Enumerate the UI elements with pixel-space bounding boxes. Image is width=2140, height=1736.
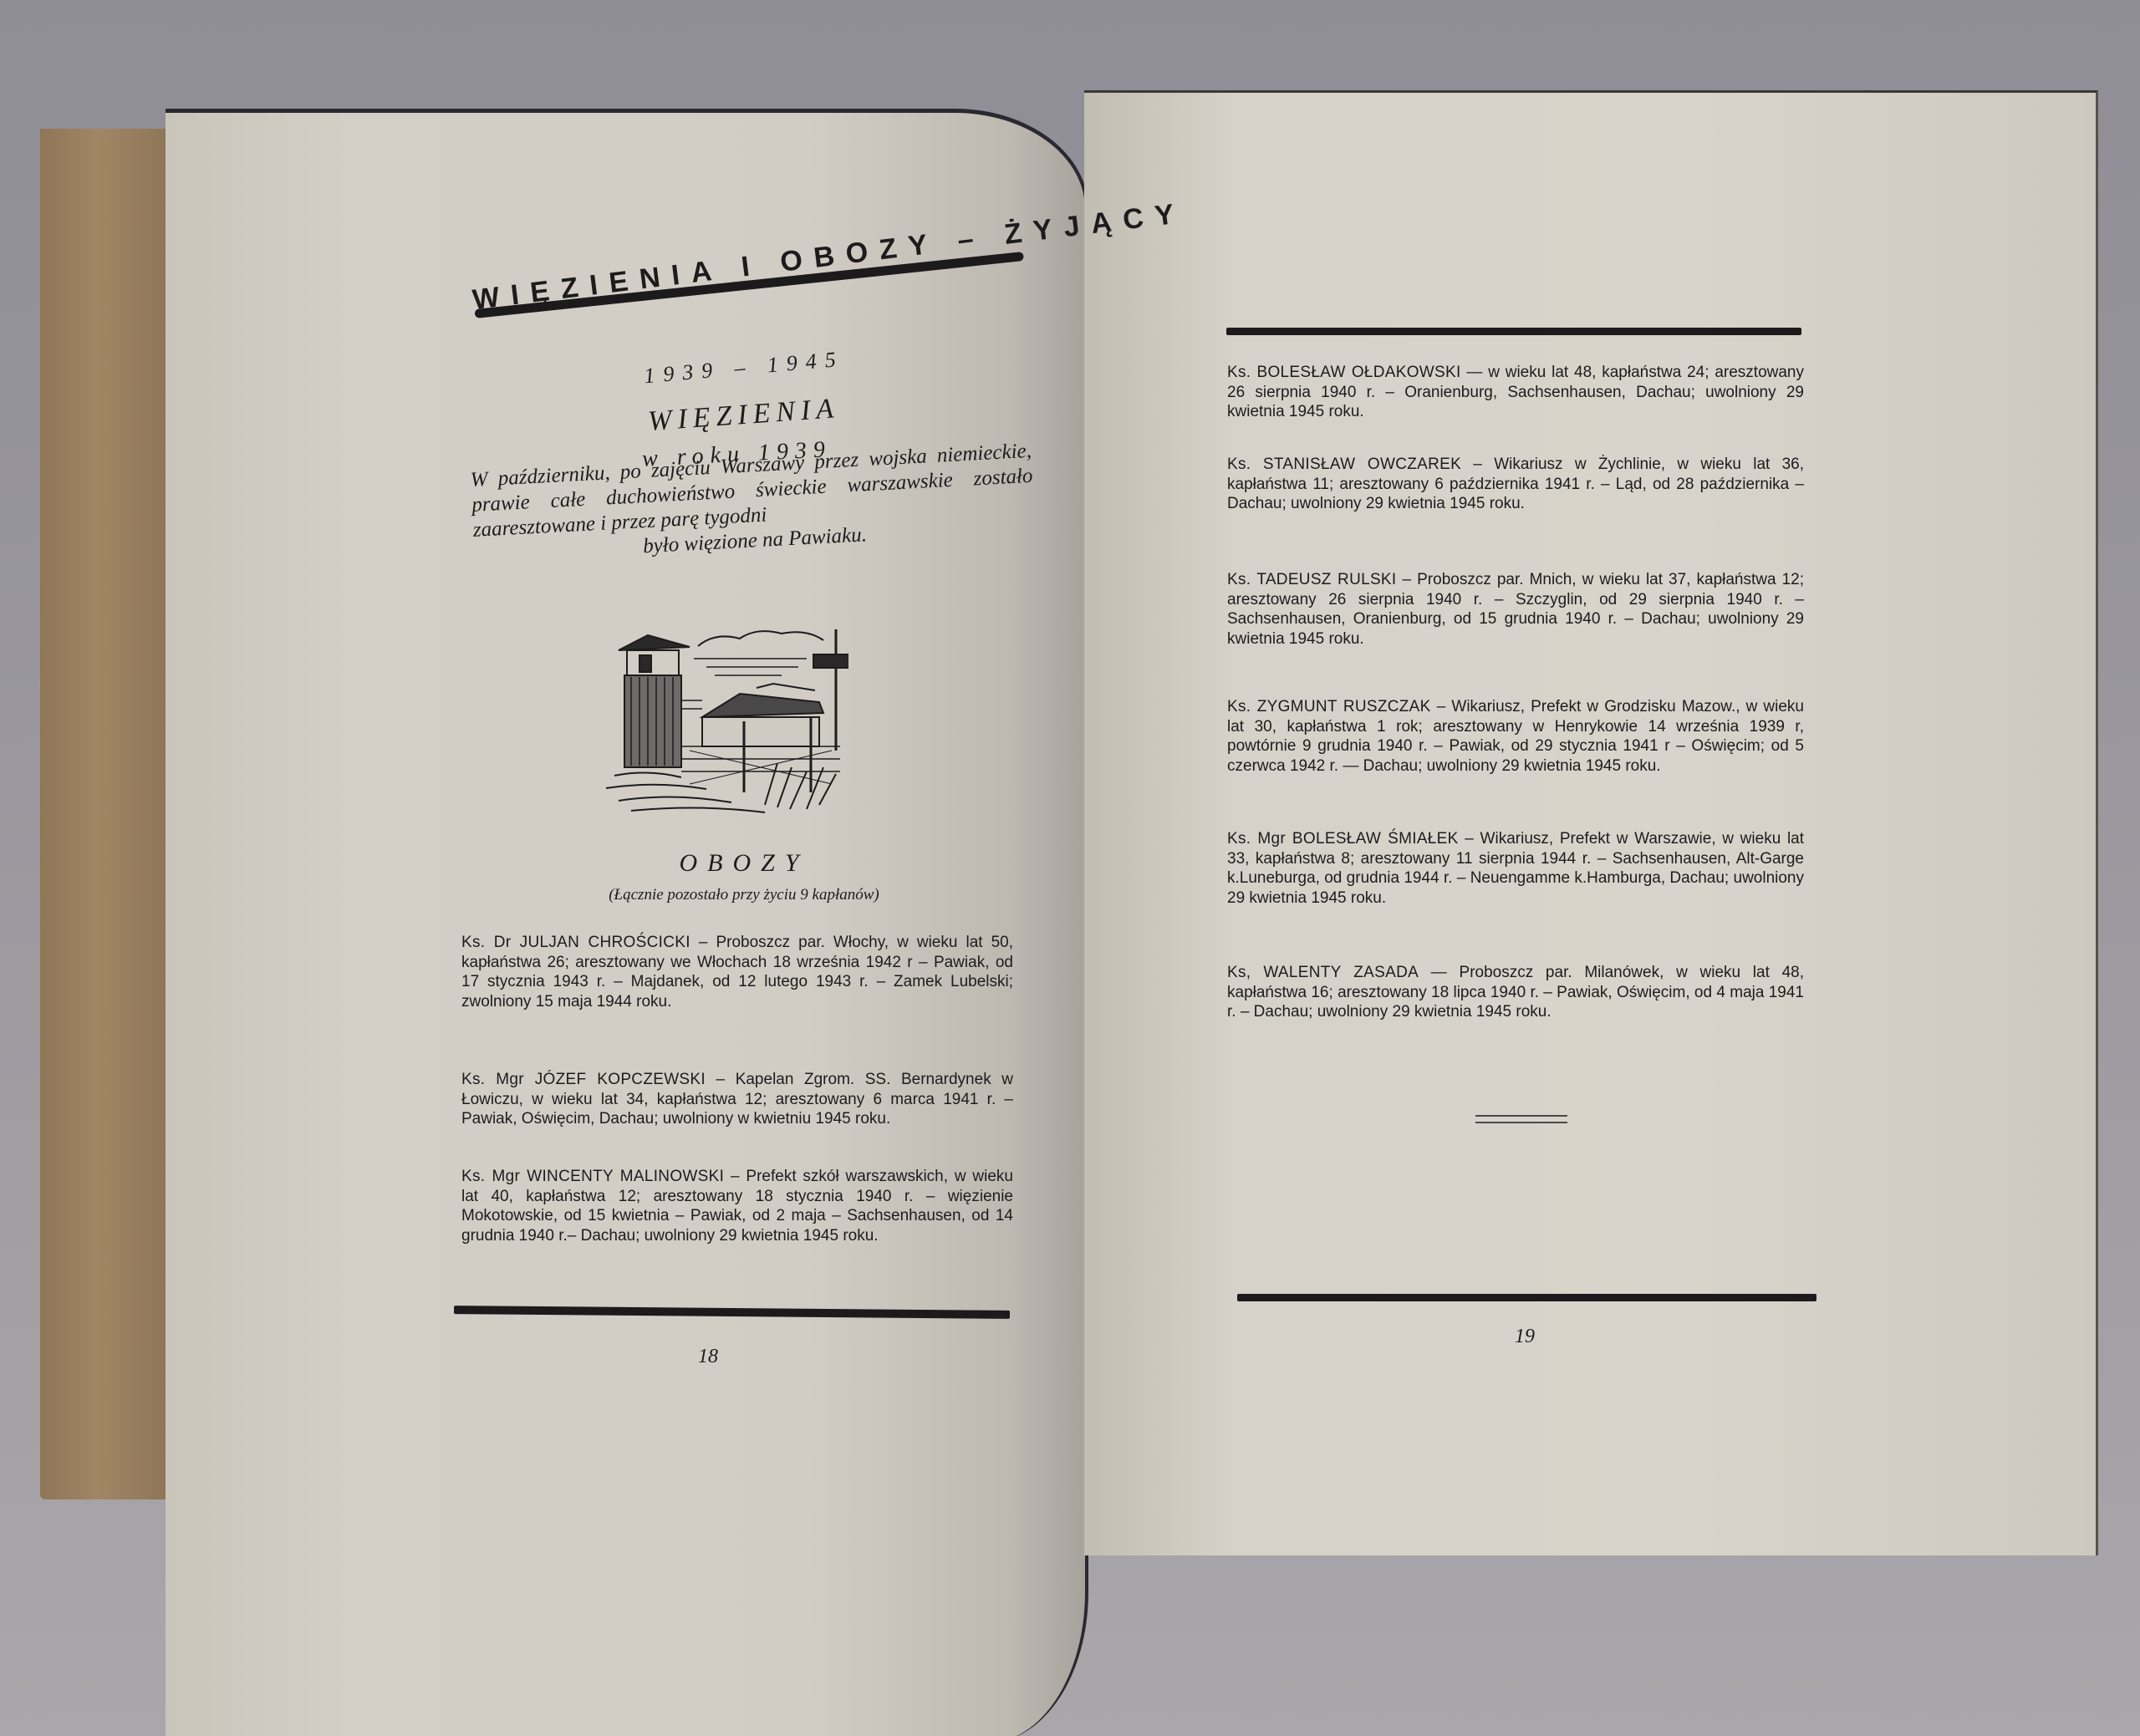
page-number-right: 19 [1515, 1326, 1535, 1348]
camp-watchtower-illustration [598, 625, 848, 816]
biography-entry: Ks. STANISŁAW OWCZAREK – Wikariusz w Życ… [1227, 455, 1804, 514]
biography-entry: Ks. Dr JULJAN CHROŚCICKI – Proboszcz par… [461, 933, 1013, 1011]
priest-name: Ks. ZYGMUNT RUSZCZAK [1227, 698, 1431, 715]
left-page [166, 109, 1088, 1736]
priest-name: Ks. Mgr BOLESŁAW ŚMIAŁEK [1227, 830, 1459, 848]
priest-name: Ks. BOLESŁAW OŁDAKOWSKI [1227, 364, 1461, 381]
priest-name: Ks. Mgr WINCENTY MALINOWSKI [461, 1168, 724, 1185]
biography-entry: Ks, WALENTY ZASADA — Proboszcz par. Mila… [1227, 963, 1804, 1022]
camps-note: (Łącznie pozostało przy życiu 9 kapłanów… [451, 886, 1037, 904]
priest-name: Ks. STANISŁAW OWCZAREK [1227, 456, 1461, 473]
biography-entry: Ks. Mgr JÓZEF KOPCZEWSKI – Kapelan Zgrom… [461, 1070, 1013, 1129]
biography-entry: Ks. BOLESŁAW OŁDAKOWSKI — w wieku lat 48… [1227, 363, 1804, 422]
priest-name: Ks. Mgr JÓZEF KOPCZEWSKI [461, 1071, 706, 1088]
top-rule-right [1226, 328, 1801, 335]
priest-name: Ks, WALENTY ZASADA [1227, 964, 1419, 981]
right-page [1084, 90, 2098, 1555]
bottom-rule-right [1237, 1294, 1816, 1301]
biography-entry: Ks. ZYGMUNT RUSZCZAK – Wikariusz, Prefek… [1227, 697, 1804, 776]
priest-name: Ks. TADEUSZ RULSKI [1227, 571, 1396, 588]
section-camps-heading: OBOZY [451, 849, 1037, 878]
double-line-ornament [1475, 1115, 1567, 1123]
book-cover-edge [40, 129, 171, 1499]
priest-name: Ks. Dr JULJAN CHROŚCICKI [461, 934, 690, 951]
biography-entry: Ks. TADEUSZ RULSKI – Proboszcz par. Mnic… [1227, 570, 1804, 649]
biography-entry: Ks. Mgr BOLESŁAW ŚMIAŁEK – Wikariusz, Pr… [1227, 829, 1804, 908]
biography-entry: Ks. Mgr WINCENTY MALINOWSKI – Prefekt sz… [461, 1167, 1013, 1245]
page-number-left: 18 [698, 1346, 718, 1368]
